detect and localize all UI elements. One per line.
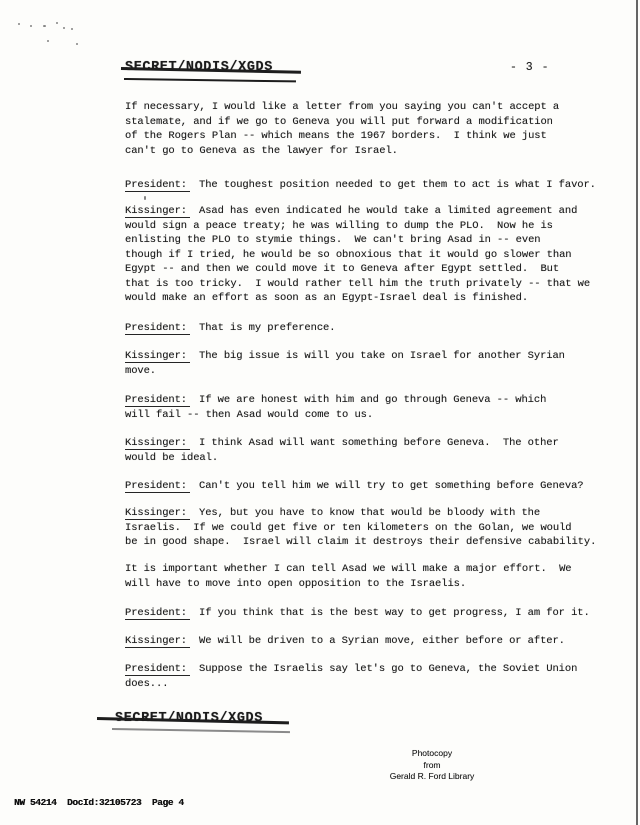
library-stamp: Photocopy from Gerald R. Ford Library	[366, 748, 498, 783]
paragraph-text: That is my preference.	[199, 322, 335, 334]
paragraph: President:Can't you tell him we will try…	[125, 479, 631, 494]
paragraph: It is important whether I can tell Asad …	[125, 562, 631, 591]
paragraph: Kissinger:We will be driven to a Syrian …	[125, 634, 631, 649]
paragraph: Kissinger:Yes, but you have to know that…	[125, 506, 631, 550]
speaker-label: President:	[125, 663, 190, 676]
paragraph-text: Asad has even indicated he would take a …	[125, 205, 590, 304]
speaker-label: Kissinger:	[125, 205, 190, 218]
paragraph-text: We will be driven to a Syrian move, eith…	[199, 635, 565, 647]
paragraph: President:Suppose the Israelis say let's…	[125, 662, 631, 691]
paragraph-text: Yes, but you have to know that would be …	[125, 507, 596, 548]
paragraph-text: The toughest position needed to get them…	[199, 179, 596, 191]
paragraph: Kissinger:I think Asad will want somethi…	[125, 436, 631, 465]
scan-speck	[63, 27, 65, 29]
paragraph-text: The big issue is will you take on Israel…	[125, 350, 565, 377]
paragraph: President:That is my preference.	[125, 321, 631, 336]
speaker-label: Kissinger:	[125, 635, 190, 648]
paragraph-text: Suppose the Israelis say let's go to Gen…	[125, 663, 577, 690]
scan-edge-line	[636, 0, 638, 825]
stamp-line: Photocopy	[366, 748, 498, 760]
paragraph-text: I think Asad will want something before …	[125, 437, 559, 464]
scanned-memo-page: SECRET/NODIS/XGDS - 3 - If necessary, I …	[0, 0, 640, 825]
paragraph-text: If you think that is the best way to get…	[199, 607, 590, 619]
paragraph: Kissinger:The big issue is will you take…	[125, 349, 631, 378]
scan-speck	[56, 22, 58, 24]
scan-speck	[30, 25, 32, 27]
scan-speck	[47, 40, 49, 42]
speaker-label: President:	[125, 394, 190, 407]
paragraph-text: Can't you tell him we will try to get so…	[199, 480, 583, 492]
scan-speck	[71, 28, 73, 30]
speaker-label: President:	[125, 179, 190, 192]
archive-id-footer: NW 54214 DocId:32105723 Page 4	[14, 797, 184, 808]
speaker-label: President:	[125, 607, 190, 620]
speaker-label: Kissinger:	[125, 350, 190, 363]
scan-speck	[18, 23, 20, 25]
paragraph-text: If necessary, I would like a letter from…	[125, 101, 559, 157]
underline-footer	[112, 728, 290, 733]
paragraph: President:The toughest position needed t…	[125, 178, 631, 193]
scan-speck	[43, 25, 46, 27]
paragraph: President:If you think that is the best …	[125, 606, 631, 621]
paragraph: If necessary, I would like a letter from…	[125, 100, 631, 158]
stamp-line: from	[366, 760, 498, 772]
speaker-label: Kissinger:	[125, 507, 190, 520]
paragraph-text: It is important whether I can tell Asad …	[125, 563, 571, 590]
stamp-line: Gerald R. Ford Library	[366, 771, 498, 783]
paragraph: Kissinger:Asad has even indicated he wou…	[125, 204, 631, 306]
scan-speck	[76, 43, 78, 45]
scan-speck	[144, 196, 146, 200]
speaker-label: President:	[125, 480, 190, 493]
page-number: - 3 -	[510, 61, 550, 74]
paragraph: President:If we are honest with him and …	[125, 393, 631, 422]
speaker-label: Kissinger:	[125, 437, 190, 450]
speaker-label: President:	[125, 322, 190, 335]
underline-header	[124, 78, 296, 82]
